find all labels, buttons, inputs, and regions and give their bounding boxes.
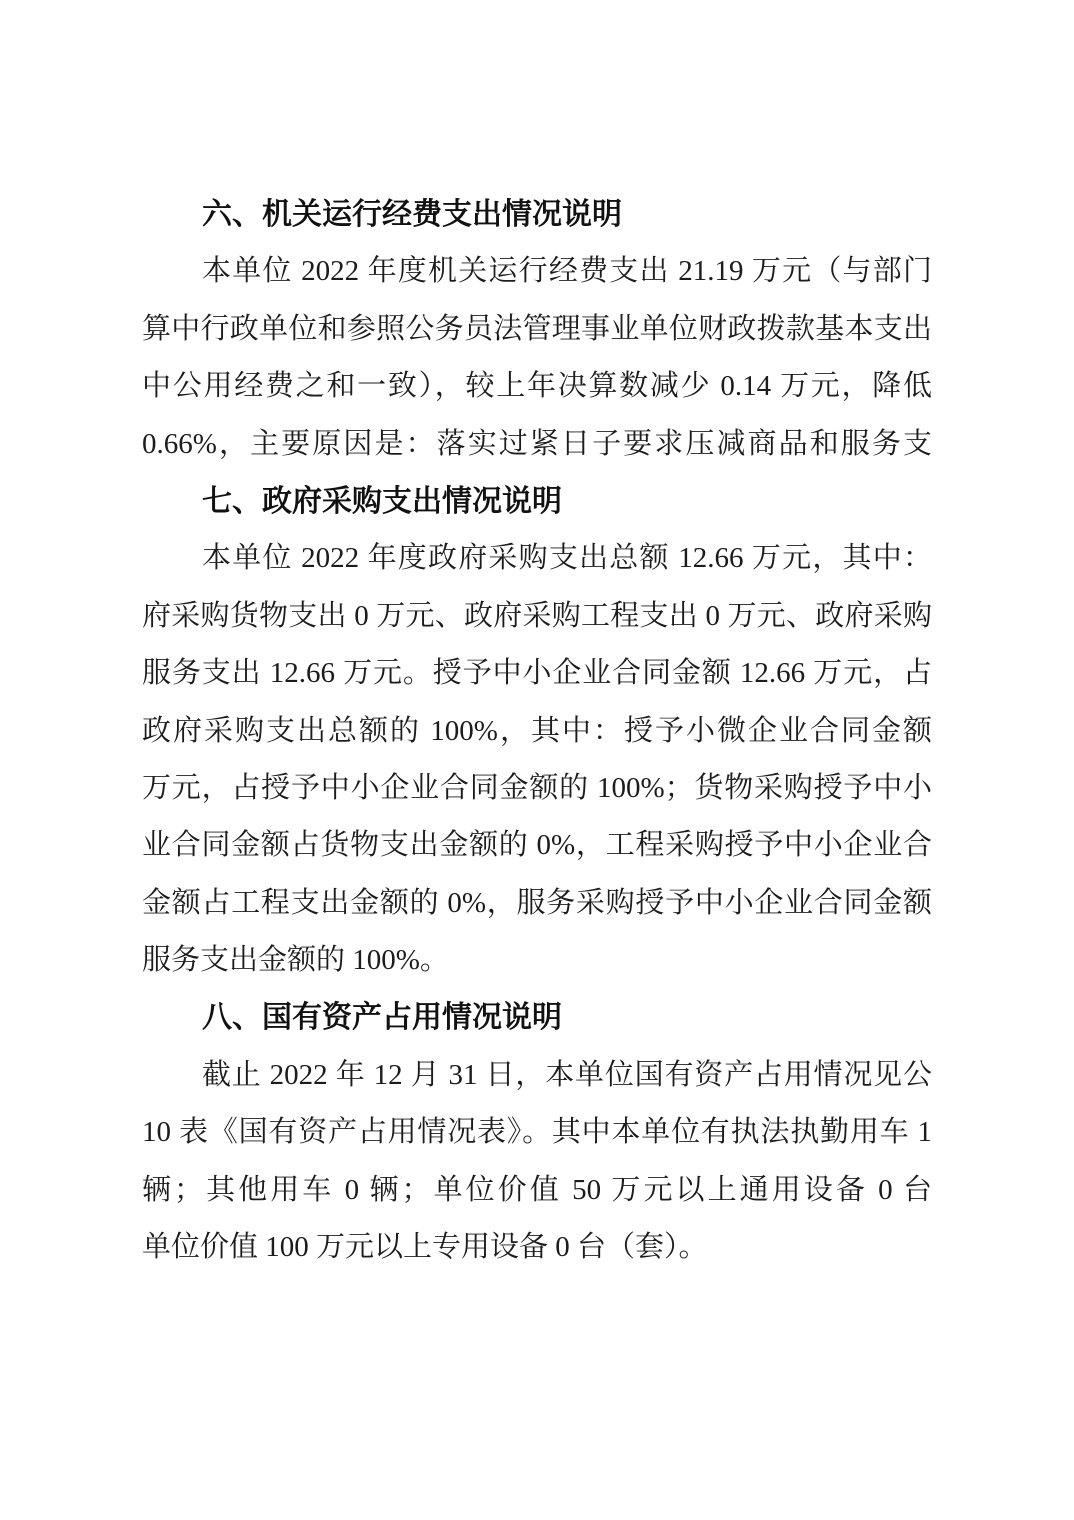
text-line: 算中行政单位和参照公务员法管理事业单位财政拨款基本支出 — [142, 301, 932, 358]
text-line: 截止 2022 年 12 月 31 日，本单位国有资产占用情况见公开 — [142, 1047, 932, 1104]
text-line: 服务支出 12.66 万元。授予中小企业合同金额 12.66 万元，占 — [142, 645, 932, 702]
text-line: 本单位 2022 年度政府采购支出总额 12.66 万元，其中：政 — [142, 530, 932, 587]
text-line: 万元，占授予中小企业合同金额的 100%；货物采购授予中小企 — [142, 760, 932, 817]
text-line: 中公用经费之和一致），较上年决算数减少 0.14 万元，降低 — [142, 358, 932, 415]
section-heading-8: 八、国有资产占用情况说明 — [142, 989, 932, 1046]
text-line: 服务支出金额的 100%。 — [142, 932, 932, 989]
text-line: 0.66%，主要原因是：落实过紧日子要求压减商品和服务支出。 — [142, 416, 932, 473]
document-content: 六、机关运行经费支出情况说明 本单位 2022 年度机关运行经费支出 21.19… — [142, 186, 932, 1276]
section-heading-6: 六、机关运行经费支出情况说明 — [142, 186, 932, 243]
text-line: 金额占工程支出金额的 0%，服务采购授予中小企业合同金额占 — [142, 875, 932, 932]
text-line: 政府采购支出总额的 100%，其中：授予小微企业合同金额 12.66 — [142, 703, 932, 760]
text-line: 10 表《国有资产占用情况表》。其中本单位有执法执勤用车 1 — [142, 1104, 932, 1161]
text-line: 府采购货物支出 0 万元、政府采购工程支出 0 万元、政府采购 — [142, 588, 932, 645]
text-line: 业合同金额占货物支出金额的 0%，工程采购授予中小企业合同 — [142, 817, 932, 874]
text-line: 本单位 2022 年度机关运行经费支出 21.19 万元（与部门决 — [142, 243, 932, 300]
document-page: 六、机关运行经费支出情况说明 本单位 2022 年度机关运行经费支出 21.19… — [0, 0, 1074, 1520]
text-line: 辆；其他用车 0 辆；单位价值 50 万元以上通用设备 0 台（套）; — [142, 1162, 932, 1219]
text-line: 单位价值 100 万元以上专用设备 0 台（套）。 — [142, 1219, 932, 1276]
section-heading-7: 七、政府采购支出情况说明 — [142, 473, 932, 530]
